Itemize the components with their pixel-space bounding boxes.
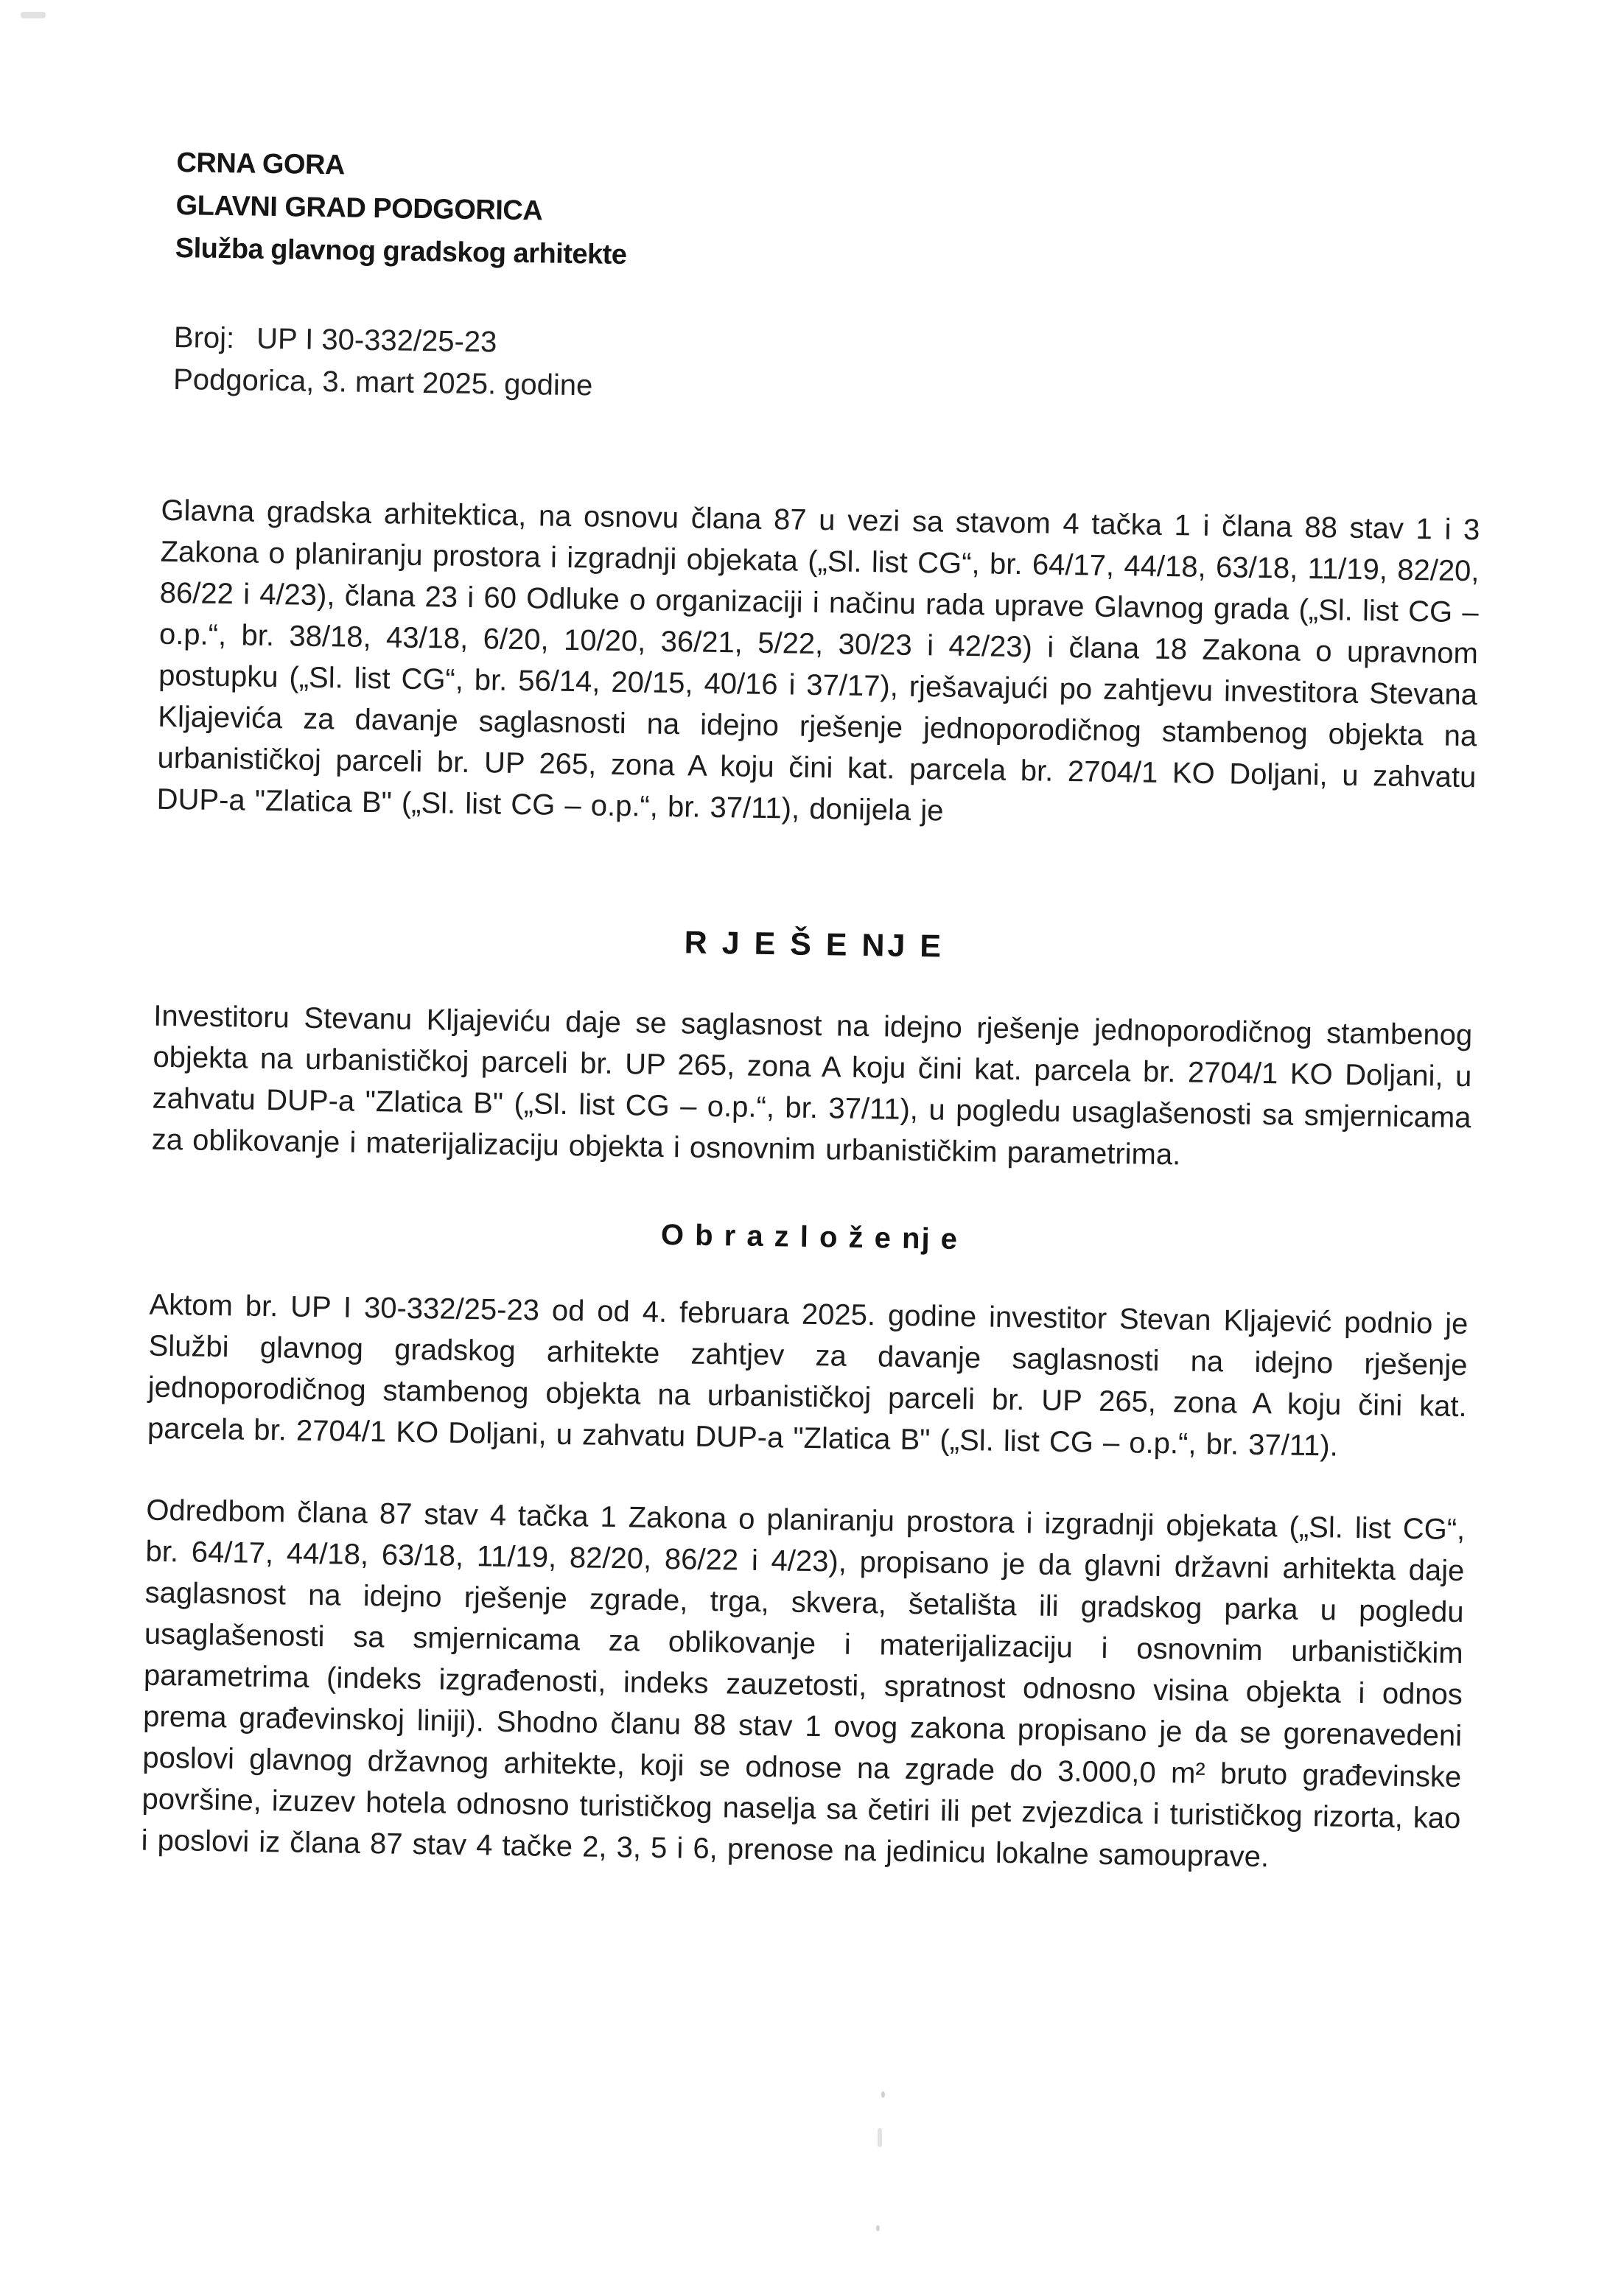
preamble-paragraph: Glavna gradska arhitektica, na osnovu čl… [156, 490, 1480, 840]
scan-artifact [878, 2128, 882, 2147]
rationale-heading: O b r a z l o ž e nj e [150, 1207, 1470, 1268]
scan-artifact [876, 2225, 880, 2231]
case-meta: Broj:UP I 30-332/25-23 Podgorica, 3. mar… [173, 317, 1483, 420]
letterhead: CRNA GORA GLAVNI GRAD PODGORICA Služba g… [175, 141, 1485, 289]
rationale-paragraph-1: Aktom br. UP I 30-332/25-23 od od 4. feb… [147, 1284, 1469, 1469]
scan-artifact [21, 12, 46, 18]
decision-paragraph: Investitoru Stevanu Kljajeviću daje se s… [151, 995, 1472, 1180]
document-content: CRNA GORA GLAVNI GRAD PODGORICA Služba g… [141, 141, 1485, 1880]
rationale-paragraph-2: Odredbom člana 87 stav 4 tačka 1 Zakona … [141, 1490, 1465, 1880]
decision-heading: R J E Š E NJ E [155, 914, 1474, 976]
scanned-document-page: CRNA GORA GLAVNI GRAD PODGORICA Služba g… [0, 0, 1624, 2296]
case-number-value: UP I 30-332/25-23 [256, 323, 497, 359]
scan-artifact [881, 2091, 885, 2098]
case-number-label: Broj: [174, 321, 235, 354]
